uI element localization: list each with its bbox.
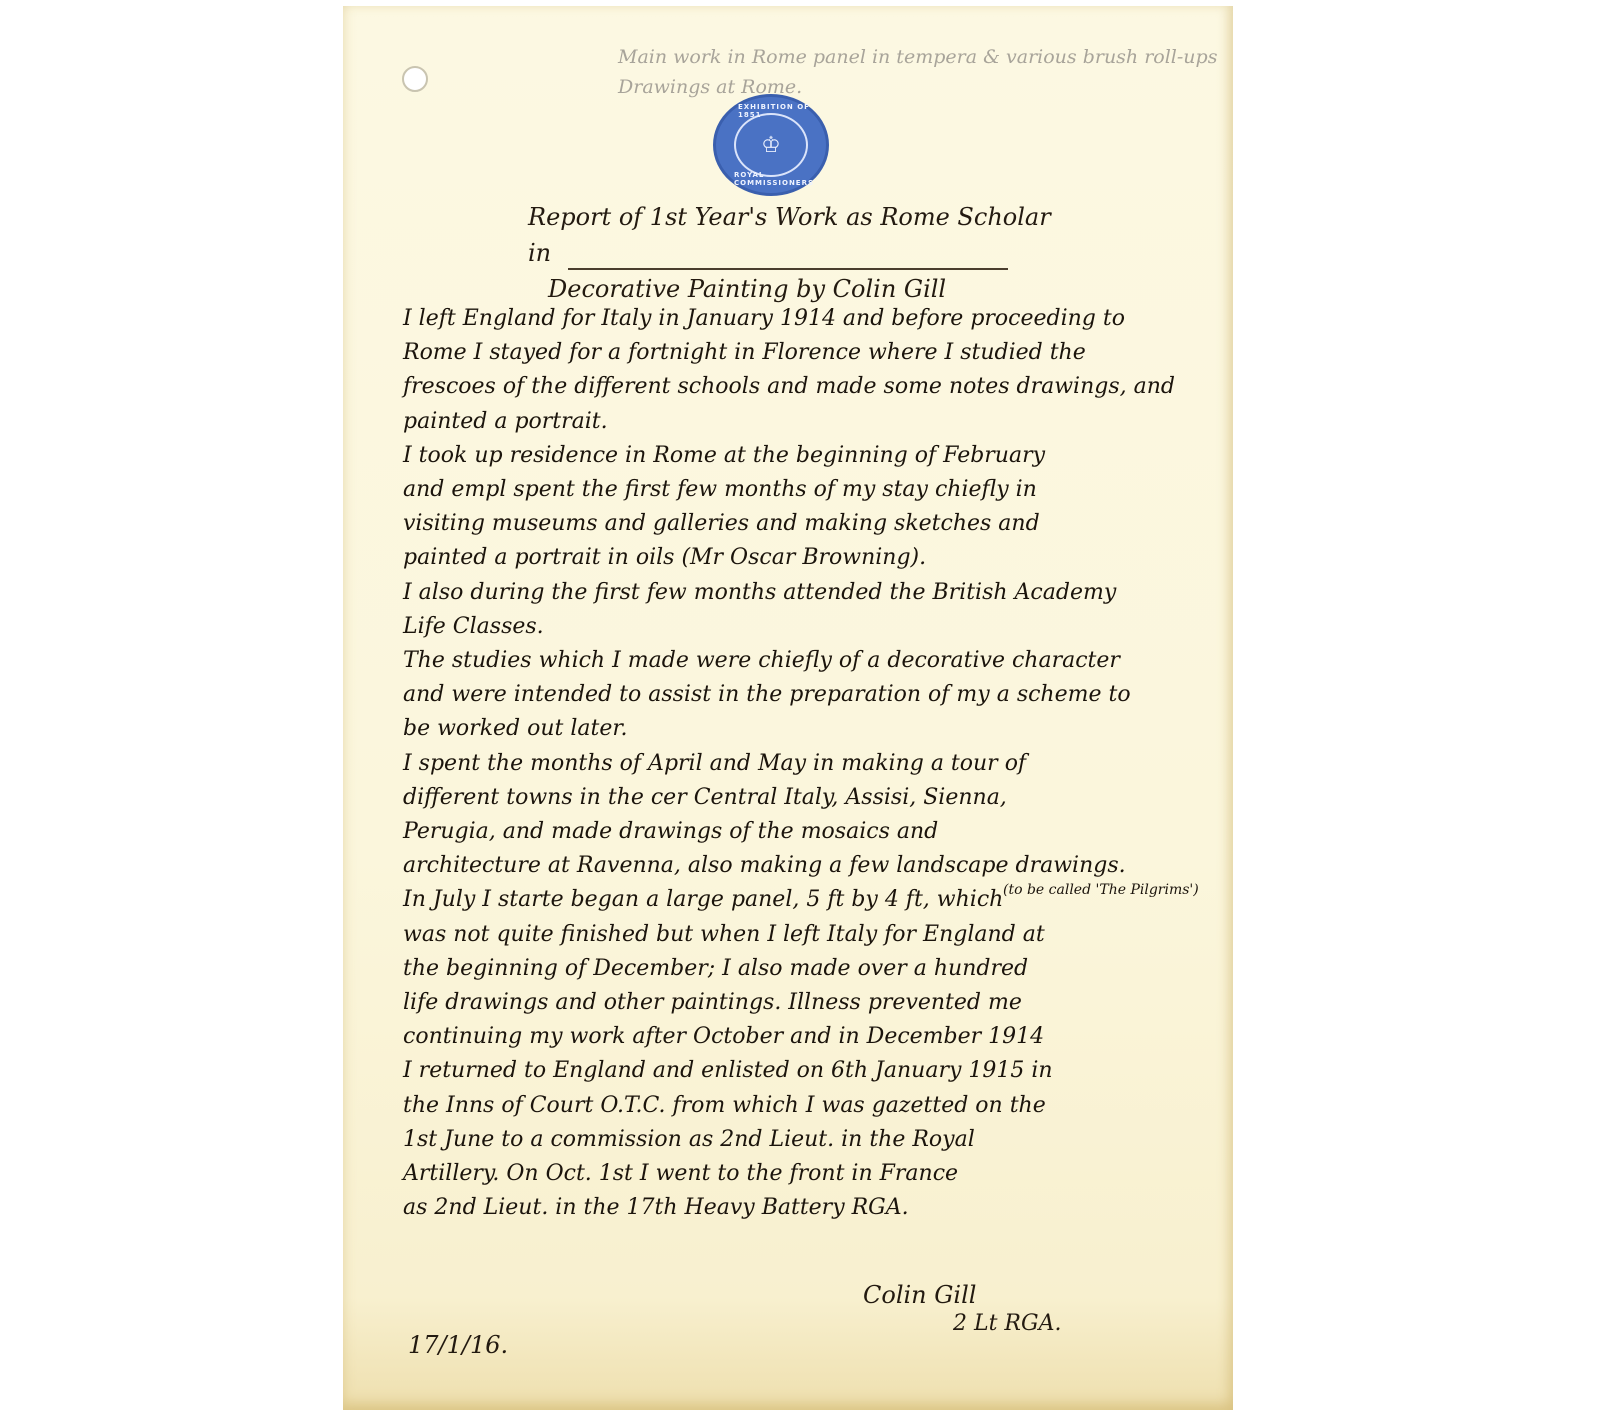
body-line: I also during the first few months atten… (403, 576, 1193, 610)
body-line: In July I starte began a large panel, 5 … (403, 883, 1193, 917)
seal-text-bottom: ROYAL COMMISSIONERS (734, 171, 826, 187)
body-line: 1st June to a commission as 2nd Lieut. i… (403, 1123, 1193, 1157)
body-line: Perugia, and made drawings of the mosaic… (403, 815, 1193, 849)
coat-of-arms-icon: ♔ (734, 113, 808, 177)
document-page: Main work in Rome panel in tempera & var… (343, 6, 1233, 1410)
body-line: architecture at Ravenna, also making a f… (403, 849, 1193, 883)
body-line: as 2nd Lieut. in the 17th Heavy Battery … (403, 1191, 1193, 1225)
body-line: was not quite finished but when I left I… (403, 918, 1193, 952)
body-line: continuing my work after October and in … (403, 1020, 1193, 1054)
signature-rank: 2 Lt RGA. (953, 1311, 1061, 1336)
body-line: visiting museums and galleries and makin… (403, 507, 1193, 541)
body-line: I spent the months of April and May in m… (403, 747, 1193, 781)
body-line: Rome I stayed for a fortnight in Florenc… (403, 336, 1193, 370)
title-underline (568, 268, 1008, 270)
body-line: painted a portrait in oils (Mr Oscar Bro… (403, 541, 1193, 575)
body-line: and were intended to assist in the prepa… (403, 678, 1193, 712)
body-line: Artillery. On Oct. 1st I went to the fro… (403, 1157, 1193, 1191)
document-date: 17/1/16. (408, 1331, 508, 1359)
body-line: and empl spent the first few months of m… (403, 473, 1193, 507)
title-line: Report of 1st Year's Work as Rome Schola… (528, 199, 1068, 271)
body-line: I took up residence in Rome at the begin… (403, 439, 1193, 473)
body-line: Life Classes. (403, 610, 1193, 644)
body-line: The studies which I made were chiefly of… (403, 644, 1193, 678)
seal-text-top: EXHIBITION OF 1851 (738, 103, 826, 119)
report-body: I left England for Italy in January 1914… (403, 302, 1193, 1225)
body-line: I left England for Italy in January 1914… (403, 302, 1193, 336)
body-line: painted a portrait. (403, 405, 1193, 439)
body-line: the Inns of Court O.T.C. from which I wa… (403, 1089, 1193, 1123)
signature: Colin Gill (863, 1281, 976, 1309)
body-line: life drawings and other paintings. Illne… (403, 986, 1193, 1020)
body-line: different towns in the cer Central Italy… (403, 781, 1193, 815)
body-line: the beginning of December; I also made o… (403, 952, 1193, 986)
pencil-note: Main work in Rome panel in tempera & var… (618, 46, 1217, 68)
body-line: I returned to England and enlisted on 6t… (403, 1054, 1193, 1088)
body-line: frescoes of the different schools and ma… (403, 370, 1193, 404)
body-line: be worked out later. (403, 712, 1193, 746)
royal-commission-seal-icon: EXHIBITION OF 1851 ♔ ROYAL COMMISSIONERS (713, 94, 829, 196)
document-title: Report of 1st Year's Work as Rome Schola… (528, 199, 1068, 307)
punch-hole (402, 66, 428, 92)
